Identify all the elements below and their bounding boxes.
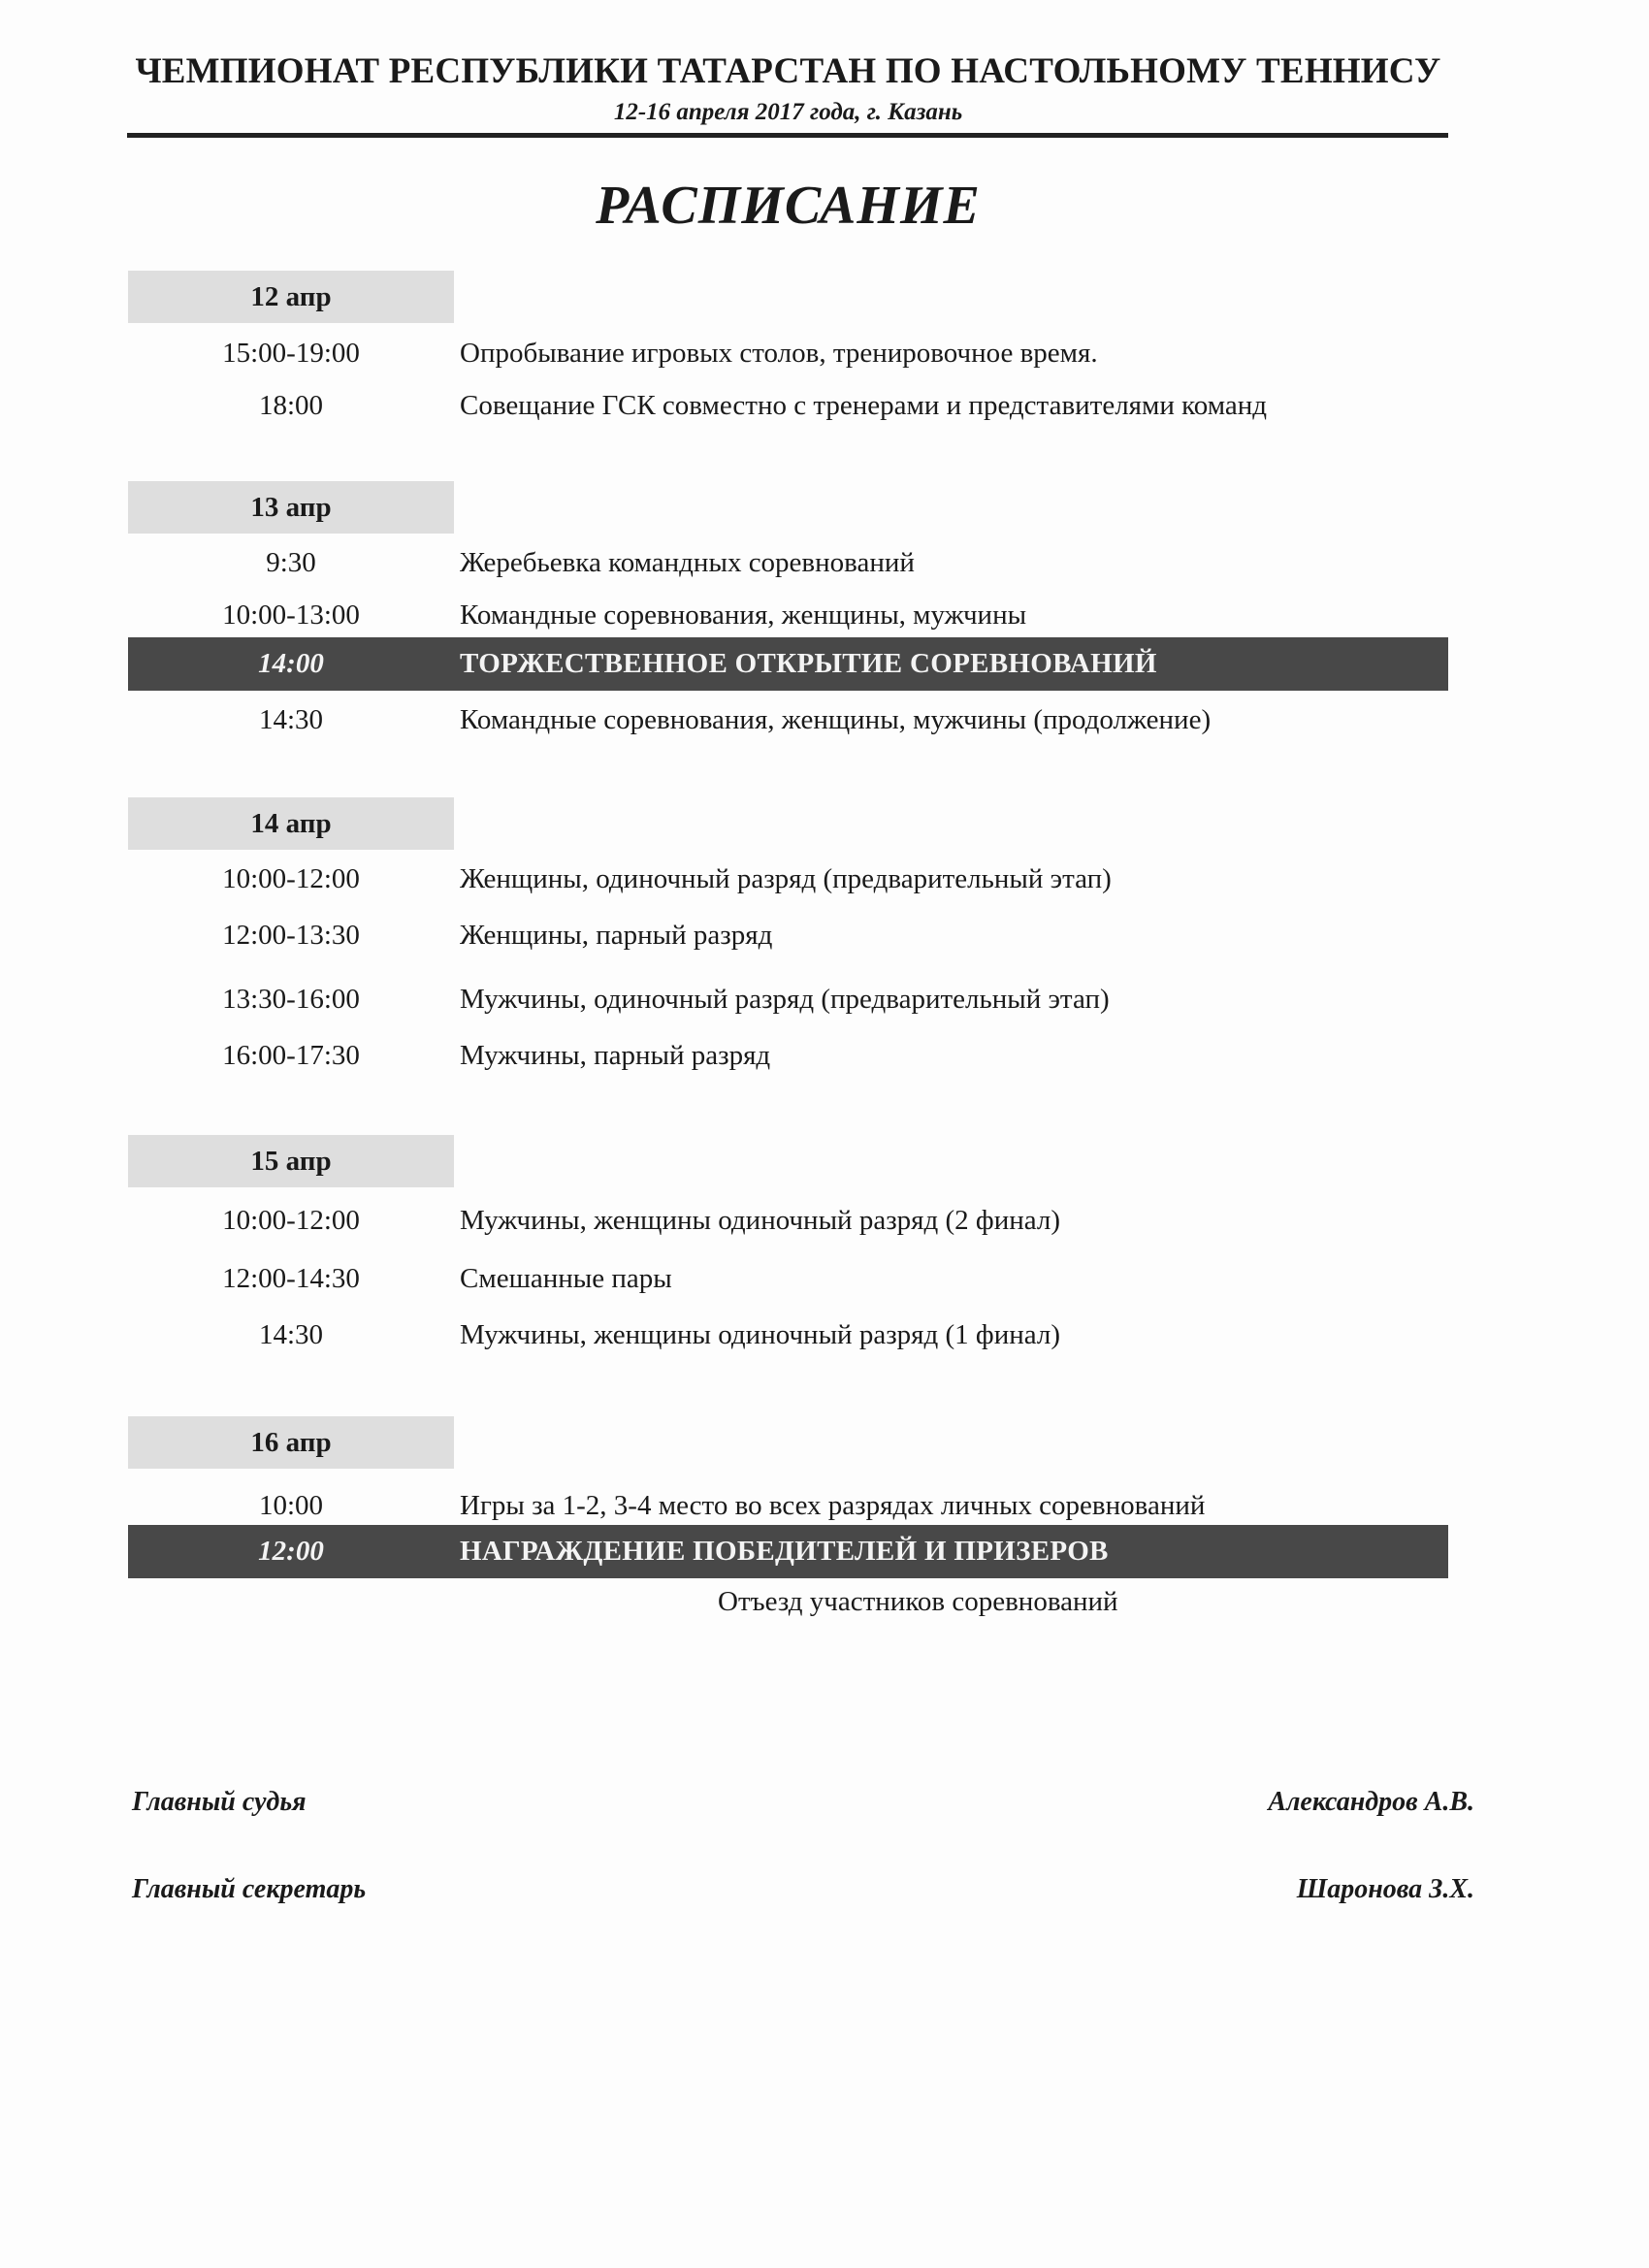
- event-description: Командные соревнования, женщины, мужчины…: [460, 700, 1211, 739]
- event-description: Мужчины, одиночный разряд (предварительн…: [460, 980, 1110, 1019]
- event-time: 10:00: [128, 1486, 454, 1525]
- highlight-event-row: 12:00НАГРАЖДЕНИЕ ПОБЕДИТЕЛЕЙ И ПРИЗЕРОВ: [128, 1525, 1448, 1578]
- event-description: Мужчины, парный разряд: [460, 1036, 770, 1075]
- event-description: Командные соревнования, женщины, мужчины: [460, 596, 1026, 634]
- chief-judge-name: Александров А.В.: [1268, 1787, 1474, 1818]
- event-time: 14:30: [128, 1315, 454, 1354]
- event-row: 14:30Мужчины, женщины одиночный разряд (…: [128, 1315, 1448, 1354]
- event-time: 14:30: [128, 700, 454, 739]
- document-subtitle: 12-16 апреля 2017 года, г. Казань: [0, 99, 1576, 126]
- event-row: 10:00Игры за 1-2, 3-4 место во всех разр…: [128, 1486, 1448, 1525]
- event-time: 10:00-13:00: [128, 596, 454, 634]
- event-description: Жеребьевка командных соревнований: [460, 543, 915, 582]
- event-description: Женщины, парный разряд: [460, 916, 772, 955]
- event-time: 12:00: [128, 1525, 454, 1578]
- date-header: 16 апр: [128, 1416, 454, 1469]
- date-header: 15 апр: [128, 1135, 454, 1187]
- event-row: 18:00Совещание ГСК совместно с тренерами…: [128, 386, 1448, 425]
- event-row: 12:00-14:30Смешанные пары: [128, 1259, 1448, 1298]
- event-time: 15:00-19:00: [128, 334, 454, 373]
- event-row: 16:00-17:30Мужчины, парный разряд: [128, 1036, 1448, 1075]
- event-description: Опробывание игровых столов, тренировочно…: [460, 334, 1098, 373]
- schedule-heading: РАСПИСАНИЕ: [0, 175, 1576, 237]
- chief-judge-role: Главный судья: [132, 1787, 307, 1818]
- chief-secretary-role: Главный секретарь: [132, 1874, 366, 1905]
- event-description: Женщины, одиночный разряд (предварительн…: [460, 859, 1112, 898]
- event-description: НАГРАЖДЕНИЕ ПОБЕДИТЕЛЕЙ И ПРИЗЕРОВ: [460, 1525, 1109, 1578]
- event-time: 9:30: [128, 543, 454, 582]
- event-row: 13:30-16:00Мужчины, одиночный разряд (пр…: [128, 980, 1448, 1019]
- event-time: 12:00-14:30: [128, 1259, 454, 1298]
- date-header: 12 апр: [128, 271, 454, 323]
- highlight-event-row: 14:00ТОРЖЕСТВЕННОЕ ОТКРЫТИЕ СОРЕВНОВАНИЙ: [128, 637, 1448, 691]
- date-header: 14 апр: [128, 797, 454, 850]
- departure-note: Отъезд участников соревнований: [718, 1586, 1118, 1618]
- event-description: Мужчины, женщины одиночный разряд (2 фин…: [460, 1201, 1060, 1240]
- event-time: 16:00-17:30: [128, 1036, 454, 1075]
- event-row: 10:00-12:00Женщины, одиночный разряд (пр…: [128, 859, 1448, 898]
- event-description: ТОРЖЕСТВЕННОЕ ОТКРЫТИЕ СОРЕВНОВАНИЙ: [460, 637, 1157, 691]
- event-description: Игры за 1-2, 3-4 место во всех разрядах …: [460, 1486, 1205, 1525]
- event-row: 10:00-12:00Мужчины, женщины одиночный ра…: [128, 1201, 1448, 1240]
- event-time: 13:30-16:00: [128, 980, 454, 1019]
- event-time: 12:00-13:30: [128, 916, 454, 955]
- event-time: 10:00-12:00: [128, 859, 454, 898]
- event-row: 12:00-13:30Женщины, парный разряд: [128, 916, 1448, 955]
- date-header: 13 апр: [128, 481, 454, 534]
- event-time: 10:00-12:00: [128, 1201, 454, 1240]
- document-title: ЧЕМПИОНАТ РЕСПУБЛИКИ ТАТАРСТАН ПО НАСТОЛ…: [0, 50, 1576, 92]
- event-row: 15:00-19:00Опробывание игровых столов, т…: [128, 334, 1448, 373]
- event-description: Мужчины, женщины одиночный разряд (1 фин…: [460, 1315, 1060, 1354]
- event-description: Смешанные пары: [460, 1259, 672, 1298]
- event-description: Совещание ГСК совместно с тренерами и пр…: [460, 386, 1267, 425]
- event-row: 10:00-13:00Командные соревнования, женщи…: [128, 596, 1448, 634]
- event-row: 14:30Командные соревнования, женщины, му…: [128, 700, 1448, 739]
- header-rule: [127, 133, 1448, 138]
- chief-secretary-name: Шаронова З.Х.: [1297, 1874, 1474, 1905]
- event-time: 14:00: [128, 637, 454, 691]
- event-row: 9:30Жеребьевка командных соревнований: [128, 543, 1448, 582]
- event-time: 18:00: [128, 386, 454, 425]
